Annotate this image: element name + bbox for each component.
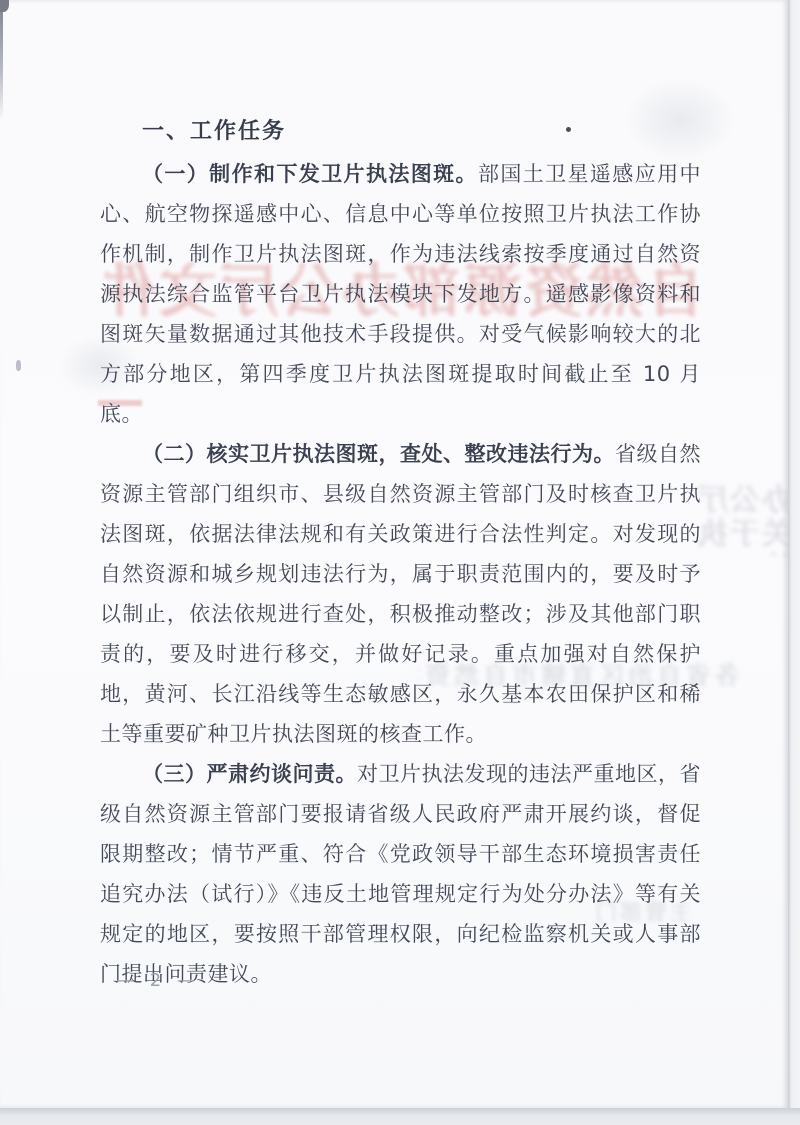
bleedthrough-gray-title-block: 办公厅关于执法 bbox=[690, 484, 792, 556]
section-heading: 一、工作任务 bbox=[100, 110, 701, 154]
stray-ink-dot bbox=[566, 127, 571, 132]
document-body: 一、工作任务 （一）制作和下发卫片执法图斑。部国土卫星遥感应用中心、航空物探遥感… bbox=[100, 110, 701, 994]
scanned-document-page: 自然资源部办公厅文件 办公厅关于执法 各省自治区直辖市自然资源主管部门 主管部门… bbox=[0, 0, 788, 1108]
paragraph-1-body: 部国土卫星遥感应用中心、航空物探遥感中心、信息中心等单位按照卫片执法工作协作机制… bbox=[100, 162, 701, 426]
paragraph-3-lead: （三）严肃约谈问责。 bbox=[142, 762, 357, 786]
page-bottom-edge bbox=[0, 1108, 800, 1125]
paragraph-2: （二）核实卫片执法图斑，查处、整改违法行为。省级自然资源主管部门组织市、县级自然… bbox=[100, 434, 701, 754]
page-right-edge bbox=[788, 0, 800, 1125]
paragraph-1: （一）制作和下发卫片执法图斑。部国土卫星遥感应用中心、航空物探遥感中心、信息中心… bbox=[100, 154, 701, 434]
paragraph-2-lead: （二）核实卫片执法图斑，查处、整改违法行为。 bbox=[142, 442, 615, 466]
paragraph-2-body: 省级自然资源主管部门组织市、县级自然资源主管部门及时核查卫片执法图斑，依据法律法… bbox=[100, 442, 701, 746]
paragraph-3-body: 对卫片执法发现的违法严重地区，省级自然资源主管部门要报请省级人民政府严肃开展约谈… bbox=[100, 762, 701, 986]
paragraph-1-lead: （一）制作和下发卫片执法图斑。 bbox=[142, 162, 478, 186]
paragraph-3: （三）严肃约谈问责。对卫片执法发现的违法严重地区，省级自然资源主管部门要报请省级… bbox=[100, 754, 701, 994]
page-left-edge-line bbox=[0, 0, 3, 120]
scan-speck bbox=[16, 360, 21, 371]
page-number: — 2 — bbox=[116, 970, 200, 991]
